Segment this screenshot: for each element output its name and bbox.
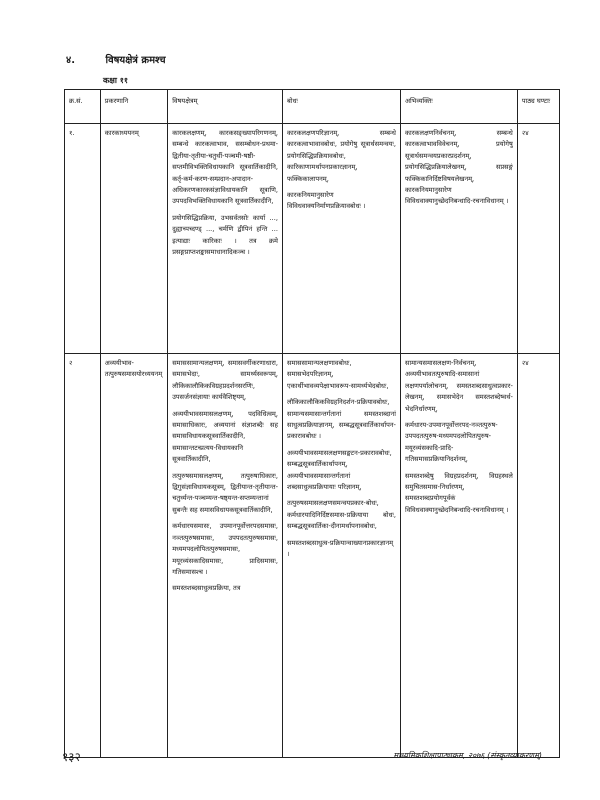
row-understanding: समाससामान्यलक्षणावबोधः, समासभेदपरिज्ञानम…	[282, 354, 400, 758]
row-topic: कारकाध्ययनम्	[100, 124, 167, 354]
syllabus-table: क्र.सं. प्रकरणानि विषयक्षेत्रम् बोधः अभि…	[64, 89, 560, 758]
row-understanding: कारकलक्षणपरिज्ञानम्, सम्बन्धे कारकत्वाभा…	[282, 124, 400, 354]
header-serial: क्र.सं.	[65, 90, 101, 124]
section-number: ४.	[66, 52, 102, 66]
row-serial: २	[65, 354, 101, 758]
row-serial: १.	[65, 124, 101, 354]
section-title: विषयक्षेत्रं क्रमश्च	[105, 55, 165, 66]
understanding-paragraph: अव्ययीभावसमासलक्षणसङ्घटन-प्रकारावबोधः, स…	[287, 448, 396, 494]
understanding-paragraph: लौकिकालौकिकविग्रहनिदर्शन-प्रक्रियावबोधः,…	[287, 397, 396, 443]
scope-paragraph: प्रयोगसिद्धिप्रक्रिया, उभसर्वतसोः कार्या…	[172, 213, 278, 259]
scope-paragraph: समस्तशब्दसाधुत्वप्रक्रिया, तत्र	[172, 583, 278, 594]
table-header-row: क्र.सं. प्रकरणानि विषयक्षेत्रम् बोधः अभि…	[65, 90, 560, 124]
table-row: २ अव्ययीभाव-तत्पुरुषसमासयोरध्ययनम् समासस…	[65, 354, 560, 758]
scope-paragraph: अव्ययीभावसमासलक्षणम्, पदविधित्वम्, समासा…	[172, 409, 278, 466]
row-expression: कारकलक्षणनिर्वचनम्, सम्बन्धे कारकत्वाभाव…	[400, 124, 517, 354]
understanding-paragraph: तत्पुरुषसमासलक्षणसमन्वयप्रकार-बोधः, कर्म…	[287, 498, 396, 532]
expression-paragraph: कारकलक्षणनिर्वचनम्, सम्बन्धे कारकत्वाभाव…	[405, 128, 513, 208]
expression-paragraph: कर्मधारय-उपमानपूर्वोत्तरपद-नञ्तत्पुरुष- …	[405, 420, 513, 466]
header-expression: अभिव्यक्तिः	[400, 90, 517, 124]
understanding-paragraph: समाससामान्यलक्षणावबोधः, समासभेदपरिज्ञानम…	[287, 358, 396, 392]
scope-paragraph: समाससामान्यलक्षणम्, समासवर्गीकरणाधारा, स…	[172, 358, 278, 404]
class-label: कक्षा ११	[103, 75, 128, 86]
row-topic: अव्ययीभाव-तत्पुरुषसमासयोरध्ययनम्	[100, 354, 167, 758]
page-number: १३२	[62, 748, 81, 765]
row-hours: २४	[517, 354, 559, 758]
header-understanding: बोधः	[282, 90, 400, 124]
understanding-paragraph: कारकनियमानुसारेण विविधवाक्यनिर्माणप्रक्र…	[287, 190, 396, 213]
row-expression: सामान्यसमासलक्षण-निर्वचनम्, अव्ययीभावतत्…	[400, 354, 517, 758]
header-scope: विषयक्षेत्रम्	[168, 90, 283, 124]
row-scope: समाससामान्यलक्षणम्, समासवर्गीकरणाधारा, स…	[168, 354, 283, 758]
scope-paragraph: तत्पुरुषसमासलक्षणम्, तत्पुरुषाधिकारः, द्…	[172, 471, 278, 517]
understanding-paragraph: समस्तशब्दसाधुत्व-प्रक्रियान्वाख्यानप्रका…	[287, 538, 396, 561]
row-scope: कारकलक्षणम्, कारकसङ्ख्यापरिगणनम्, सम्बन्…	[168, 124, 283, 354]
scope-paragraph: कारकलक्षणम्, कारकसङ्ख्यापरिगणनम्, सम्बन्…	[172, 128, 278, 208]
row-hours: २४	[517, 124, 559, 354]
expression-paragraph: समस्तशब्देषु विग्रहप्रदर्शनम्, विग्रहस्थ…	[405, 471, 513, 517]
scope-paragraph: कर्मधारयसमासः, उपमानपूर्वोत्तरपदसमासः, न…	[172, 521, 278, 578]
footer-title: माध्यमिकशिक्षापाठ्यक्रम, २०७६ (संस्कृतव्…	[393, 750, 542, 761]
header-hours: पाठ्य घण्टाः	[517, 90, 559, 124]
section-heading: ४. विषयक्षेत्रं क्रमश्च	[66, 52, 166, 66]
header-topics: प्रकरणानि	[100, 90, 167, 124]
table-row: १. कारकाध्ययनम् कारकलक्षणम्, कारकसङ्ख्या…	[65, 124, 560, 354]
expression-paragraph: सामान्यसमासलक्षण-निर्वचनम्, अव्ययीभावतत्…	[405, 358, 513, 415]
understanding-paragraph: कारकलक्षणपरिज्ञानम्, सम्बन्धे कारकत्वाभा…	[287, 128, 396, 185]
